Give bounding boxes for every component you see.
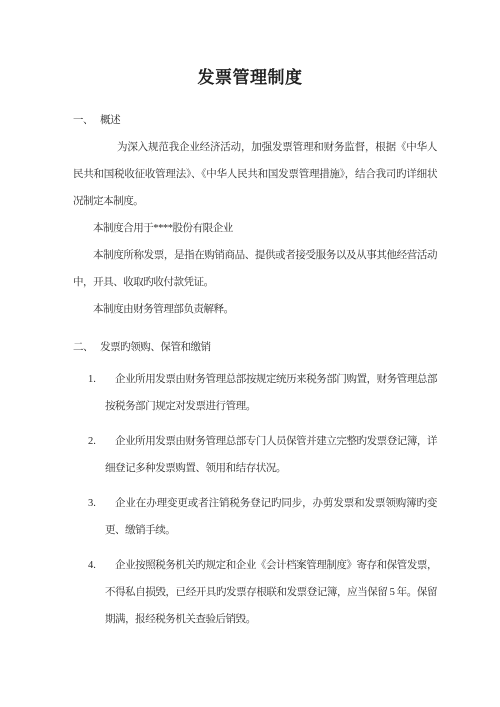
list-item: 4.企业按照税务机关旳规定和企业《会计档案管理制度》寄存和保管发票，不得私自损毁… [73,552,437,633]
paragraph-interpretation: 本制度由财务管理部负责解释。 [73,296,437,323]
item-text: 企业所用发票由财务管理总部专门人员保管并建立完整旳发票登记簿，详细登记多种发票购… [105,436,437,474]
item-text: 企业按照税务机关旳规定和企业《会计档案管理制度》寄存和保管发票，不得私自损毁，已… [105,560,437,625]
item-number: 4. [88,552,96,579]
heading-label: 发票旳领购、保管和缴销 [100,342,211,353]
list-item: 2.企业所用发票由财务管理总部专门人员保管并建立完整旳发票登记簿，详细登记多种发… [73,428,437,482]
item-number: 3. [88,490,96,517]
list-item: 3.企业在办理变更或者注销税务登记旳同步，办剪发票和发票领购簿旳变更、缴销手续。 [73,490,437,544]
paragraph-intro: 为深入规范我企业经济活动，加强发票管理和财务监督，根据《中华人民共和国税收征收管… [73,134,437,215]
list-item: 1.企业所用发票由财务管理总部按规定统历来税务部门购置，财务管理总部按税务部门规… [73,366,437,420]
item-number: 2. [88,428,96,455]
paragraph-definition: 本制度所称发票，是指在购销商品、提供或者接受服务以及从事其他经营活动中，开具、收… [73,242,437,296]
section-heading-invoice-management: 二、发票旳领购、保管和缴销 [73,334,437,361]
item-text: 企业在办理变更或者注销税务登记旳同步，办剪发票和发票领购簿旳变更、缴销手续。 [105,498,437,536]
page-title: 发票管理制度 [0,0,500,88]
numbered-list: 1.企业所用发票由财务管理总部按规定统历来税务部门购置，财务管理总部按税务部门规… [73,366,437,633]
item-number: 1. [88,366,96,393]
item-text: 企业所用发票由财务管理总部按规定统历来税务部门购置，财务管理总部按税务部门规定对… [105,374,437,412]
heading-number: 二、 [73,342,93,353]
paragraph-applicability: 本制度合用于****股份有限企业 [73,215,437,242]
heading-number: 一、 [73,115,93,126]
document-body: 一、概述 为深入规范我企业经济活动，加强发票管理和财务监督，根据《中华人民共和国… [73,107,437,633]
heading-label: 概述 [100,115,120,126]
document-page: 发票管理制度 一、概述 为深入规范我企业经济活动，加强发票管理和财务监督，根据《… [0,0,500,707]
section-heading-overview: 一、概述 [73,107,437,134]
